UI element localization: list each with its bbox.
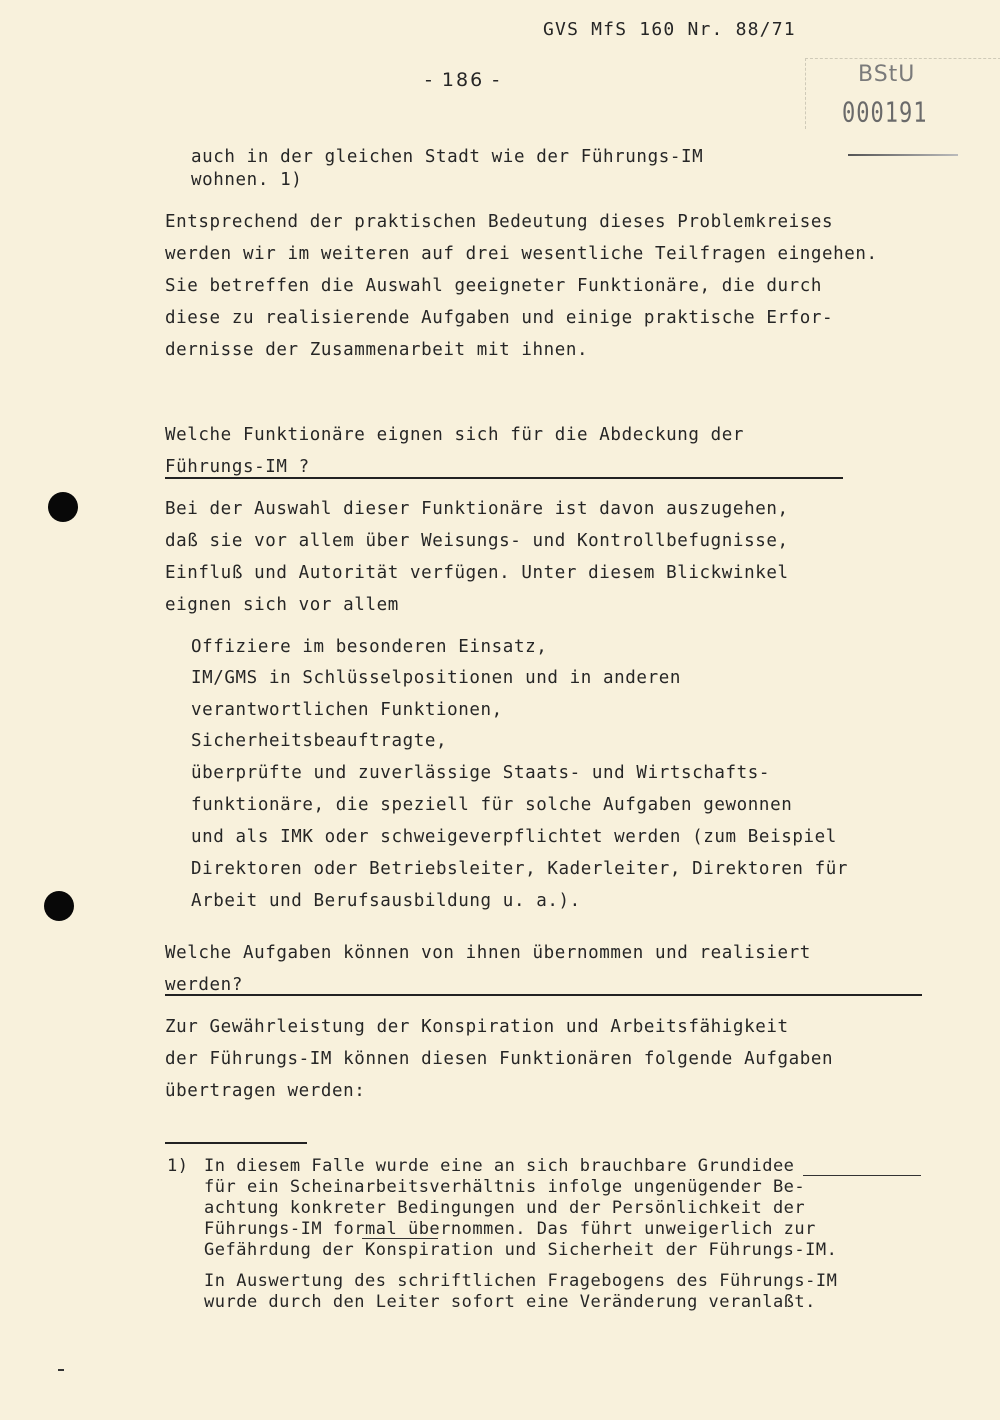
- list-item: überprüfte und zuverlässige Staats- und …: [191, 765, 770, 783]
- footnote-line: Führungs-IM formal übernommen. Das führt…: [204, 1221, 816, 1238]
- classification-header: GVS MfS 160 Nr. 88/71: [543, 21, 796, 39]
- heading-underline: [165, 477, 843, 479]
- paragraph-line: werden wir im weiteren auf drei wesentli…: [165, 246, 878, 264]
- footnote-line: für ein Scheinarbeitsverhältnis infolge …: [204, 1179, 805, 1196]
- list-item: verantwortlichen Funktionen,: [191, 702, 503, 720]
- heading-underline: [165, 994, 922, 996]
- paragraph-line: diese zu realisierende Aufgaben und eini…: [165, 310, 833, 328]
- paragraph-line: Entsprechend der praktischen Bedeutung d…: [165, 214, 833, 232]
- stamp-archive-label: BStU: [858, 62, 915, 87]
- footnote-line: Gefährdung der Konspiration und Sicherhe…: [204, 1242, 837, 1259]
- intro-line: wohnen. 1): [191, 172, 302, 190]
- punch-hole: [48, 492, 78, 522]
- section-heading: werden?: [165, 977, 243, 995]
- body-line: Zur Gewährleistung der Konspiration und …: [165, 1019, 789, 1037]
- stamp-number: 000191: [842, 98, 927, 129]
- body-line: eignen sich vor allem: [165, 597, 399, 615]
- document-page: GVS MfS 160 Nr. 88/71 - 186 - BStU 00019…: [0, 0, 1000, 1420]
- footnote-marker: 1): [167, 1158, 188, 1175]
- list-item: Sicherheitsbeauftragte,: [191, 733, 447, 751]
- underline-grundidee: [803, 1175, 921, 1176]
- footnote-line: In Auswertung des schriftlichen Fragebog…: [204, 1273, 837, 1290]
- body-line: daß sie vor allem über Weisungs- und Kon…: [165, 533, 789, 551]
- margin-mark: [58, 1369, 64, 1371]
- paragraph-line: dernisse der Zusammenarbeit mit ihnen.: [165, 342, 588, 360]
- page-number: - 186 -: [425, 71, 501, 90]
- section-heading: Welche Funktionäre eignen sich für die A…: [165, 427, 744, 445]
- list-item: Arbeit und Berufsausbildung u. a.).: [191, 893, 581, 911]
- punch-hole: [44, 891, 74, 921]
- section-heading: Welche Aufgaben können von ihnen übernom…: [165, 945, 811, 963]
- list-item: und als IMK oder schweigeverpflichtet we…: [191, 829, 837, 847]
- paragraph-line: Sie betreffen die Auswahl geeigneter Fun…: [165, 278, 822, 296]
- list-item: funktionäre, die speziell für solche Auf…: [191, 797, 792, 815]
- body-line: Einfluß und Autorität verfügen. Unter di…: [165, 565, 789, 583]
- section-heading: Führungs-IM ?: [165, 459, 310, 477]
- underline-formal: [362, 1238, 438, 1239]
- footnote-line: In diesem Falle wurde eine an sich brauc…: [204, 1158, 794, 1175]
- footnote-line: wurde durch den Leiter sofort eine Verän…: [204, 1294, 816, 1311]
- intro-line: auch in der gleichen Stadt wie der Führu…: [191, 149, 703, 167]
- stamp-underline: [848, 154, 958, 156]
- list-item: IM/GMS in Schlüsselpositionen und in and…: [191, 670, 681, 688]
- body-line: Bei der Auswahl dieser Funktionäre ist d…: [165, 501, 789, 519]
- list-item: Offiziere im besonderen Einsatz,: [191, 639, 547, 657]
- body-line: der Führungs-IM können diesen Funktionär…: [165, 1051, 833, 1069]
- footnote-separator: [165, 1142, 307, 1144]
- footnote-line: achtung konkreter Bedingungen und der Pe…: [204, 1200, 805, 1217]
- body-line: übertragen werden:: [165, 1083, 365, 1101]
- list-item: Direktoren oder Betriebsleiter, Kaderlei…: [191, 861, 848, 879]
